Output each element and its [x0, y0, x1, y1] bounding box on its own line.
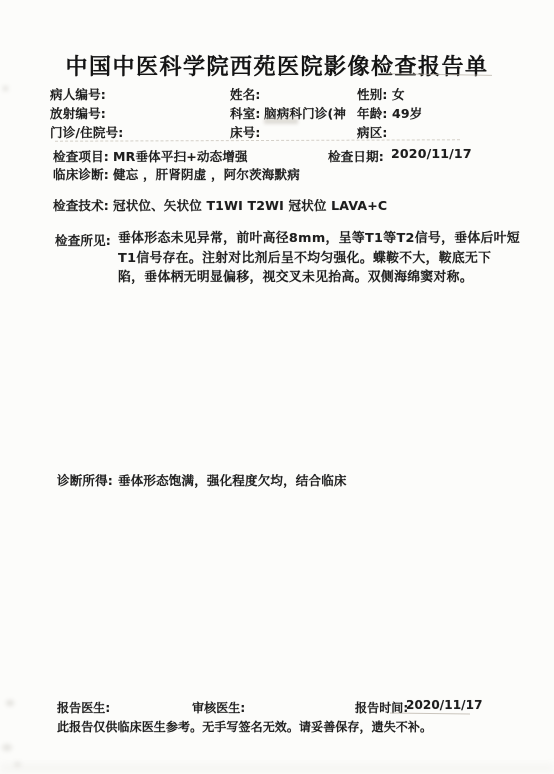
findings-text: 垂体形态未见异常，前叶高径8mm，呈等T1等T2信号，垂体后叶短 T1信号存在。… [118, 229, 520, 288]
technique-value: 冠状位、矢状位 T1WI T2WI 冠状位 LAVA+C [113, 196, 387, 214]
technique-label: 检查技术: [53, 196, 109, 214]
exam-date-value: 2020/11/17 [391, 146, 472, 161]
age-value: 49岁 [392, 104, 423, 122]
header-rule-artifact [55, 139, 460, 141]
report-doctor-label: 报告医生: [57, 699, 110, 716]
disclaimer-text: 此报告仅供临床医生参考。无手写签名无效。请妥善保存，遗失不补。 [57, 718, 432, 735]
bed-no-label: 床号: [230, 123, 261, 141]
report-time-value: 2020/11/17 [406, 698, 483, 712]
clinical-diagnosis-value: 健忘 ，肝肾阴虚 ，阿尔茨海默病 [113, 165, 300, 183]
exam-item-label: 检查项目: [53, 147, 109, 165]
radiology-no-label: 放射编号: [50, 104, 106, 122]
findings-line: T1信号存在。注射对比剂后呈不均匀强化。蝶鞍不大，鞍底无下 [118, 249, 520, 269]
findings-label: 检查所见: [55, 231, 111, 249]
impression-label: 诊断所得: [57, 471, 113, 489]
scan-smudge [6, 700, 14, 706]
age-label: 年龄: [357, 104, 388, 122]
page-title: 中国中医科学院西苑医院影像检查报告单 [65, 50, 488, 81]
department-label: 科室: [230, 104, 261, 122]
scan-smudge [2, 744, 12, 751]
impression-text: 垂体形态饱满，强化程度欠均，结合临床 [118, 471, 347, 489]
review-doctor-label: 审核医生: [192, 699, 245, 716]
gender-value: 女 [392, 85, 405, 103]
scan-smudge [3, 86, 8, 91]
findings-line: 陷，垂体柄无明显偏移，视交叉未见抬高。双侧海绵窦对称。 [118, 268, 520, 288]
outpatient-no-label: 门诊/住院号: [50, 123, 123, 141]
exam-date-label: 检查日期: [328, 147, 384, 165]
scan-shading-band [0, 764, 554, 772]
gender-label: 性别: [357, 85, 388, 103]
exam-item-value: MR垂体平扫+动态增强 [113, 147, 248, 165]
patient-no-label: 病人编号: [50, 85, 106, 103]
clinical-diagnosis-label: 临床诊断: [53, 165, 109, 183]
ward-label: 病区: [357, 123, 388, 141]
report-page: 中国中医科学院西苑医院影像检查报告单 病人编号: 姓名: 性别: 女 放射编号:… [0, 0, 554, 774]
name-label: 姓名: [230, 85, 261, 103]
findings-line: 垂体形态未见异常，前叶高径8mm，呈等T1等T2信号，垂体后叶短 [118, 229, 520, 249]
department-ghost-artifact [264, 118, 298, 124]
